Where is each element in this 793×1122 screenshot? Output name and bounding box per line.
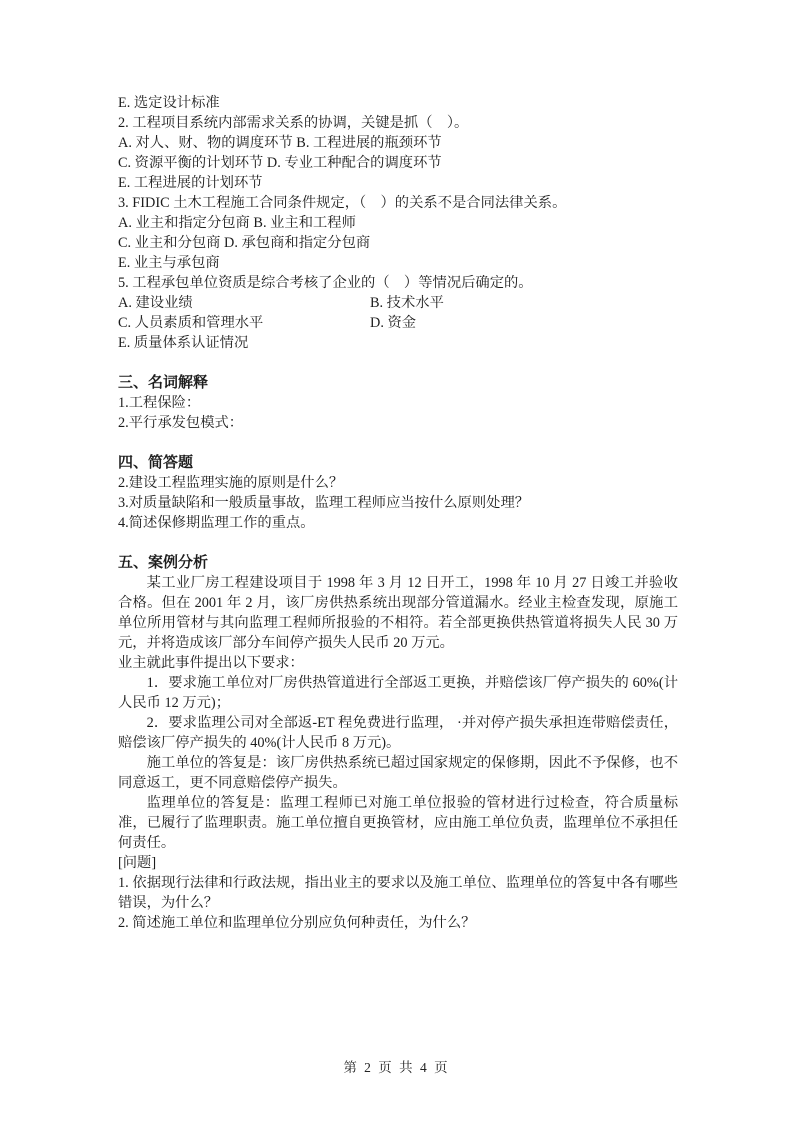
document-line: E. 选定设计标准 bbox=[118, 93, 678, 113]
section-spacer bbox=[118, 533, 678, 553]
section-spacer bbox=[118, 433, 678, 453]
section-spacer bbox=[118, 353, 678, 373]
document-line: E. 业主与承包商 bbox=[118, 253, 678, 273]
document-line: A. 业主和指定分包商 B. 业主和工程师 bbox=[118, 213, 678, 233]
option-row: A. 建设业绩B. 技术水平 bbox=[118, 293, 678, 313]
document-line: [问题] bbox=[118, 853, 678, 873]
option-left: C. 人员素质和管理水平 bbox=[118, 313, 370, 333]
section-heading: 四、简答题 bbox=[118, 453, 678, 473]
document-line: C. 资源平衡的计划环节 D. 专业工种配合的调度环节 bbox=[118, 153, 678, 173]
document-line: 3. FIDIC 土木工程施工合同条件规定，（ ）的关系不是合同法律关系。 bbox=[118, 193, 678, 213]
document-line: 2. 简述施工单位和监理单位分别应负何种责任，为什么？ bbox=[118, 913, 678, 933]
document-line: E. 质量体系认证情况 bbox=[118, 333, 678, 353]
section-heading: 五、案例分析 bbox=[118, 553, 678, 573]
paragraph: 某工业厂房工程建设项目于 1998 年 3 月 12 日开工，1998 年 10… bbox=[118, 573, 678, 653]
footer-page-number: 第 2 页 共 4 页 bbox=[0, 1058, 793, 1078]
document-line: 3.对质量缺陷和一般质量事故，监理工程师应当按什么原则处理？ bbox=[118, 493, 678, 513]
section-heading: 三、名词解释 bbox=[118, 373, 678, 393]
document-line: 5. 工程承包单位资质是综合考核了企业的（ ）等情况后确定的。 bbox=[118, 273, 678, 293]
option-right: D. 资金 bbox=[370, 313, 416, 333]
paragraph: 1．要求施工单位对厂房供热管道进行全部返工更换，并赔偿该厂停产损失的 60%(计… bbox=[118, 673, 678, 713]
document-line: C. 业主和分包商 D. 承包商和指定分包商 bbox=[118, 233, 678, 253]
paragraph: 监理单位的答复是：监理工程师已对施工单位报验的管材进行过检查，符合质量标准，已履… bbox=[118, 793, 678, 853]
option-right: B. 技术水平 bbox=[370, 293, 444, 313]
paragraph: 1. 依据现行法律和行政法规，指出业主的要求以及施工单位、监理单位的答复中各有哪… bbox=[118, 873, 678, 913]
document-page: E. 选定设计标准2. 工程项目系统内部需求关系的协调，关键是抓（ ）。A. 对… bbox=[0, 0, 793, 1122]
document-line: E. 工程进展的计划环节 bbox=[118, 173, 678, 193]
document-line: 1.工程保险： bbox=[118, 393, 678, 413]
paragraph: 2．要求监理公司对全部返-ET 程免费进行监理， ·并对停产损失承担连带赔偿责任… bbox=[118, 713, 678, 753]
document-body: E. 选定设计标准2. 工程项目系统内部需求关系的协调，关键是抓（ ）。A. 对… bbox=[118, 93, 678, 933]
document-line: 2.平行承发包模式： bbox=[118, 413, 678, 433]
paragraph: 施工单位的答复是：该厂房供热系统已超过国家规定的保修期，因此不予保修，也不同意返… bbox=[118, 753, 678, 793]
document-line: A. 对人、财、物的调度环节 B. 工程进展的瓶颈环节 bbox=[118, 133, 678, 153]
document-line: 业主就此事件提出以下要求： bbox=[118, 653, 678, 673]
document-line: 2. 工程项目系统内部需求关系的协调，关键是抓（ ）。 bbox=[118, 113, 678, 133]
document-line: 4.简述保修期监理工作的重点。 bbox=[118, 513, 678, 533]
option-row: C. 人员素质和管理水平D. 资金 bbox=[118, 313, 678, 333]
document-line: 2.建设工程监理实施的原则是什么？ bbox=[118, 473, 678, 493]
option-left: A. 建设业绩 bbox=[118, 293, 370, 313]
